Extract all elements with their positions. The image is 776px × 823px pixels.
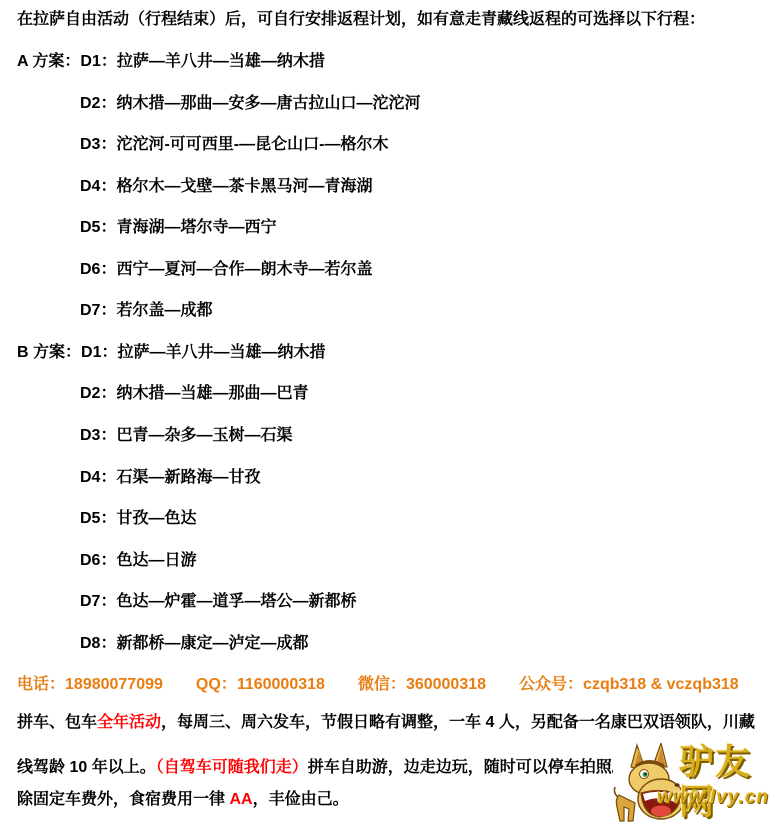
wechat-number: 360000318 (406, 676, 486, 693)
plan-a-day-6: D6：西宁—夏河—合作—朗木寺—若尔盖 (80, 260, 372, 280)
contact-official-account: 公众号：czqb318 & vczqb318 (519, 676, 739, 693)
plan-a-day-1: D1：拉萨—羊八井—当雄—纳木措 (80, 53, 324, 70)
fees-paragraph: 除固定车费外，食宿费用一律 AA，丰俭由己。 (17, 790, 349, 810)
plan-a-day-7: D7：若尔盖—成都 (80, 301, 212, 321)
contact-wechat: 微信：360000318 (358, 676, 486, 693)
notes-red-highlight-1: 全年活动 (97, 714, 161, 731)
notes-text-1: 拼车、包车 (17, 714, 97, 731)
plan-b-day-3: D3：巴青—杂多—玉树—石渠 (80, 426, 292, 446)
notes-text-3: 拼车自助游，边走边玩，随时可以停车拍照。 (308, 759, 628, 776)
official-account-label: 公众号： (519, 676, 583, 693)
plan-b-first-line: B 方案：D1：拉萨—羊八井—当雄—纳木措 (17, 343, 325, 363)
plan-a-day-4: D4：格尔木—戈壁—茶卡黑马河—青海湖 (80, 177, 372, 197)
plan-b-day-4: D4：石渠—新路海—甘孜 (80, 468, 260, 488)
contact-phone: 电话：18980077099 (17, 676, 163, 693)
qq-number: 1160000318 (237, 676, 325, 693)
fees-text-2: ，丰俭由己。 (253, 791, 349, 808)
qq-label: QQ： (196, 676, 237, 693)
plan-a-day-2: D2：纳木措—那曲—安多—唐古拉山口—沱沱河 (80, 94, 420, 114)
plan-a-day-3: D3：沱沱河-可可西里-—昆仑山口-—格尔木 (80, 135, 388, 155)
plan-b-label: B 方案： (17, 344, 81, 361)
document-page: 在拉萨自由活动（行程结束）后，可自行安排返程计划，如有意走青藏线返程的可选择以下… (0, 0, 776, 823)
plan-b-day-1: D1：拉萨—羊八井—当雄—纳木措 (81, 344, 325, 361)
donkey-mascot-icon (613, 743, 685, 823)
official-account-value: czqb318 & vczqb318 (583, 676, 739, 693)
phone-number: 18980077099 (65, 676, 163, 693)
fees-red-highlight: AA (229, 791, 252, 808)
plan-b-day-8: D8：新都桥—康定—泸定—成都 (80, 634, 308, 654)
fees-text-1: 除固定车费外，食宿费用一律 (17, 791, 229, 808)
plan-b-day-2: D2：纳木措—当雄—那曲—巴青 (80, 384, 308, 404)
lvy-watermark-logo: 驴友网 www.lvy.cn (613, 743, 776, 823)
wechat-label: 微信： (358, 676, 406, 693)
intro-paragraph: 在拉萨自由活动（行程结束）后，可自行安排返程计划，如有意走青藏线返程的可选择以下… (17, 10, 705, 30)
plan-a-day-5: D5：青海湖—塔尔寺—西宁 (80, 218, 276, 238)
plan-a-first-line: A 方案：D1：拉萨—羊八井—当雄—纳木措 (17, 52, 325, 72)
phone-label: 电话： (17, 676, 65, 693)
site-url: www.lvy.cn (657, 787, 769, 809)
site-name: 驴友网 (679, 743, 776, 823)
plan-a-label: A 方案： (17, 53, 80, 70)
plan-b-day-5: D5：甘孜—色达 (80, 509, 196, 529)
contact-line: 电话：18980077099QQ：1160000318微信：360000318公… (17, 675, 739, 695)
plan-b-day-7: D7：色达—炉霍—道孚—塔公—新都桥 (80, 592, 356, 612)
contact-qq: QQ：1160000318 (196, 676, 325, 693)
notes-red-highlight-2: （自驾车可随我们走） (156, 759, 308, 776)
plan-b-day-6: D6：色达—日游 (80, 551, 196, 571)
